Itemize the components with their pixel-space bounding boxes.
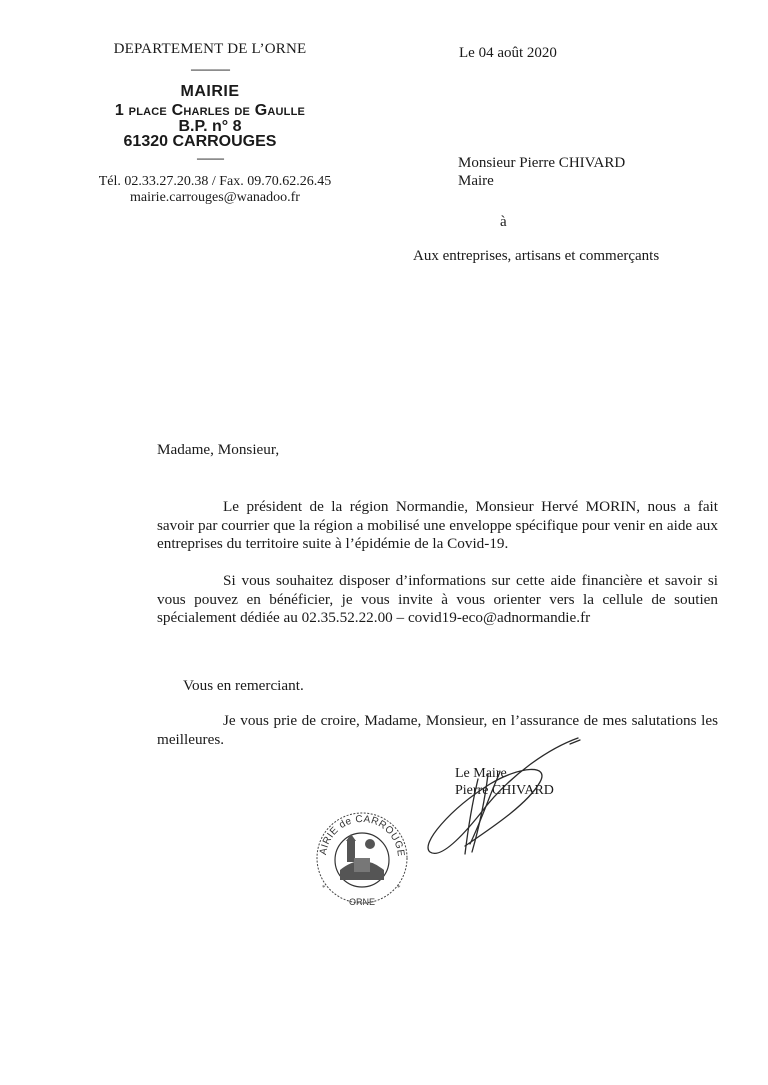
mairie-email: mairie.carrouges@wanadoo.fr [70,190,360,206]
paragraph-region-aid: Le président de la région Normandie, Mon… [157,498,718,554]
department-heading: DEPARTEMENT DE L’ORNE [80,41,340,58]
sender-name: Monsieur Pierre CHIVARD [458,155,625,172]
phone-fax: Tél. 02.33.27.20.38 / Fax. 09.70.62.26.4… [70,174,360,190]
letter-date: Le 04 août 2020 [459,45,557,62]
svg-text:*: * [322,884,326,892]
mairie-stamp: MAIRIE de CARROUGES ORNE * * [312,808,412,908]
recipients: Aux entreprises, artisans et commerçants [413,248,659,265]
to-word: à [500,214,507,231]
thanks-line: Vous en remerciant. [183,677,304,695]
mairie-title: MAIRIE [80,83,340,101]
mairie-postal-city: 61320 CARROUGES [70,133,330,151]
svg-text:*: * [397,884,401,892]
paragraph-contact-info: Si vous souhaitez disposer d’information… [157,572,718,628]
stamp-bottom-text: ORNE [349,897,375,907]
sender-role: Maire [458,173,494,190]
salutation: Madame, Monsieur, [157,441,279,459]
handwritten-signature [410,734,590,864]
letterhead-separator: ------------- [80,62,340,77]
letterhead-separator: --------- [80,151,340,166]
